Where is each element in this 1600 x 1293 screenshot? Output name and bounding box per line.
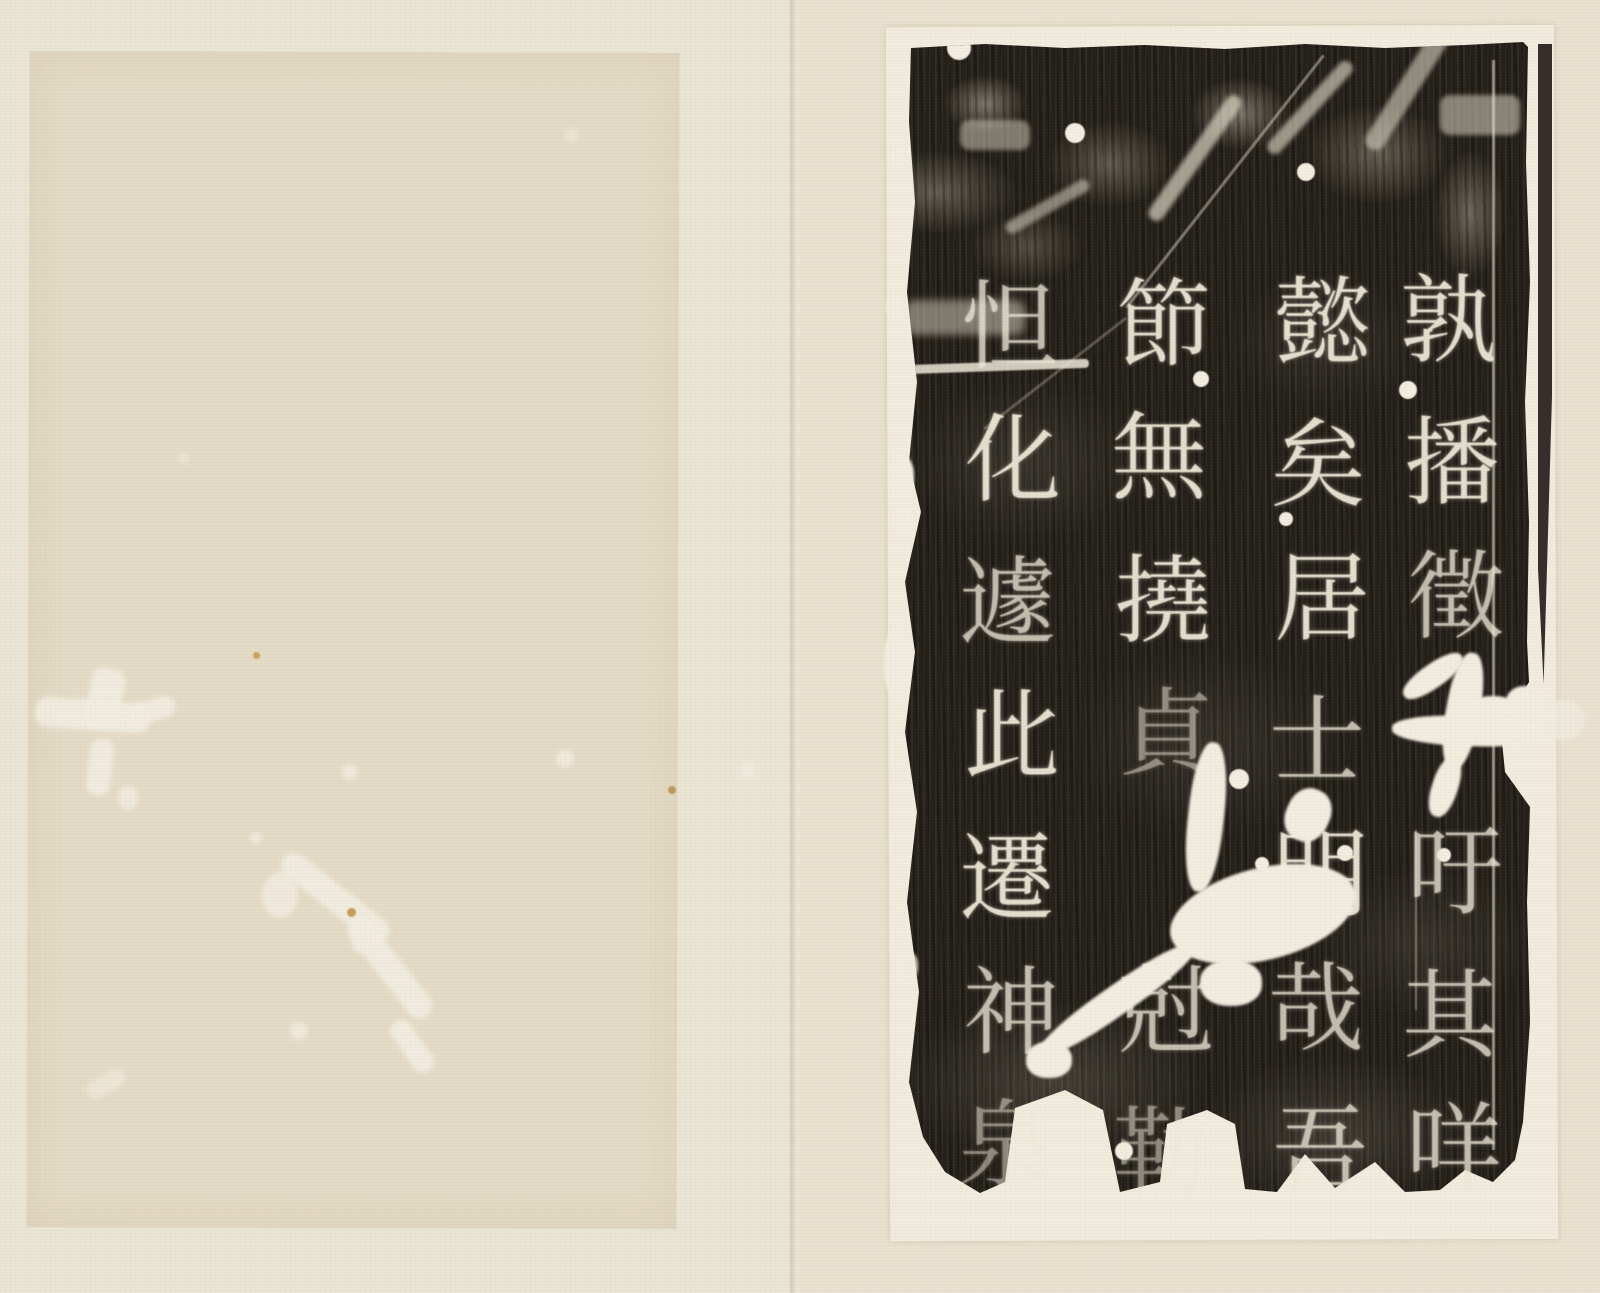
ghost-mark [565, 128, 579, 142]
edge-nibble [890, 148, 904, 168]
left-album-page [0, 0, 800, 1293]
page-fold-crease [789, 0, 797, 1293]
edge-nibble [886, 295, 902, 319]
pit-dot [1337, 845, 1353, 861]
damage-blob-center [1026, 1042, 1072, 1078]
left-page-inset-leaf [26, 51, 679, 1229]
edge-nibble [900, 952, 918, 980]
ghost-mark [290, 1022, 308, 1040]
damage-blob-center [1200, 960, 1262, 1006]
fox-spot [347, 908, 356, 917]
ghost-mark [250, 832, 262, 844]
edge-nibble [884, 628, 908, 698]
edge-nibble [888, 455, 914, 499]
rubbing-streak [960, 120, 1030, 150]
damage-blob-cross [1540, 700, 1585, 740]
crack-line [1415, 830, 1417, 1010]
fox-spot [253, 652, 260, 659]
pit-dot [1229, 769, 1249, 789]
ghost-mark [178, 452, 190, 464]
pit-dot [1399, 381, 1417, 399]
pit-dot [1193, 371, 1209, 387]
crack-line [1125, 54, 1324, 308]
rubbing-texture [905, 42, 1533, 1195]
ghost-mark [342, 764, 358, 780]
pit-dot [1297, 163, 1315, 181]
crack-line [1492, 60, 1495, 1150]
pit-dot [1279, 512, 1293, 526]
rubbing-streak [905, 300, 1025, 335]
rubbing-streak [1145, 92, 1244, 224]
scratch-mark [903, 359, 1089, 374]
ghost-mark [740, 762, 756, 778]
fox-spot [668, 786, 676, 794]
rubbing-top-mottling [905, 42, 1533, 287]
rubbing-streak [1003, 177, 1092, 236]
pit-dot [1115, 1142, 1133, 1160]
ghost-mark [556, 750, 574, 768]
edge-nibble [892, 505, 912, 535]
rubbing-ink-area [905, 42, 1533, 1195]
rubbing-streak [1440, 95, 1520, 135]
ghost-mark [352, 938, 366, 952]
album-spread-scan: 孰播徵吁其咩懿矣居士明哉吾節無撓貞尅勒怛化遽此遷神泉 [0, 0, 1600, 1293]
pit-dot [1437, 848, 1451, 862]
ghost-mark [118, 785, 138, 811]
pit-dot [1065, 123, 1085, 143]
